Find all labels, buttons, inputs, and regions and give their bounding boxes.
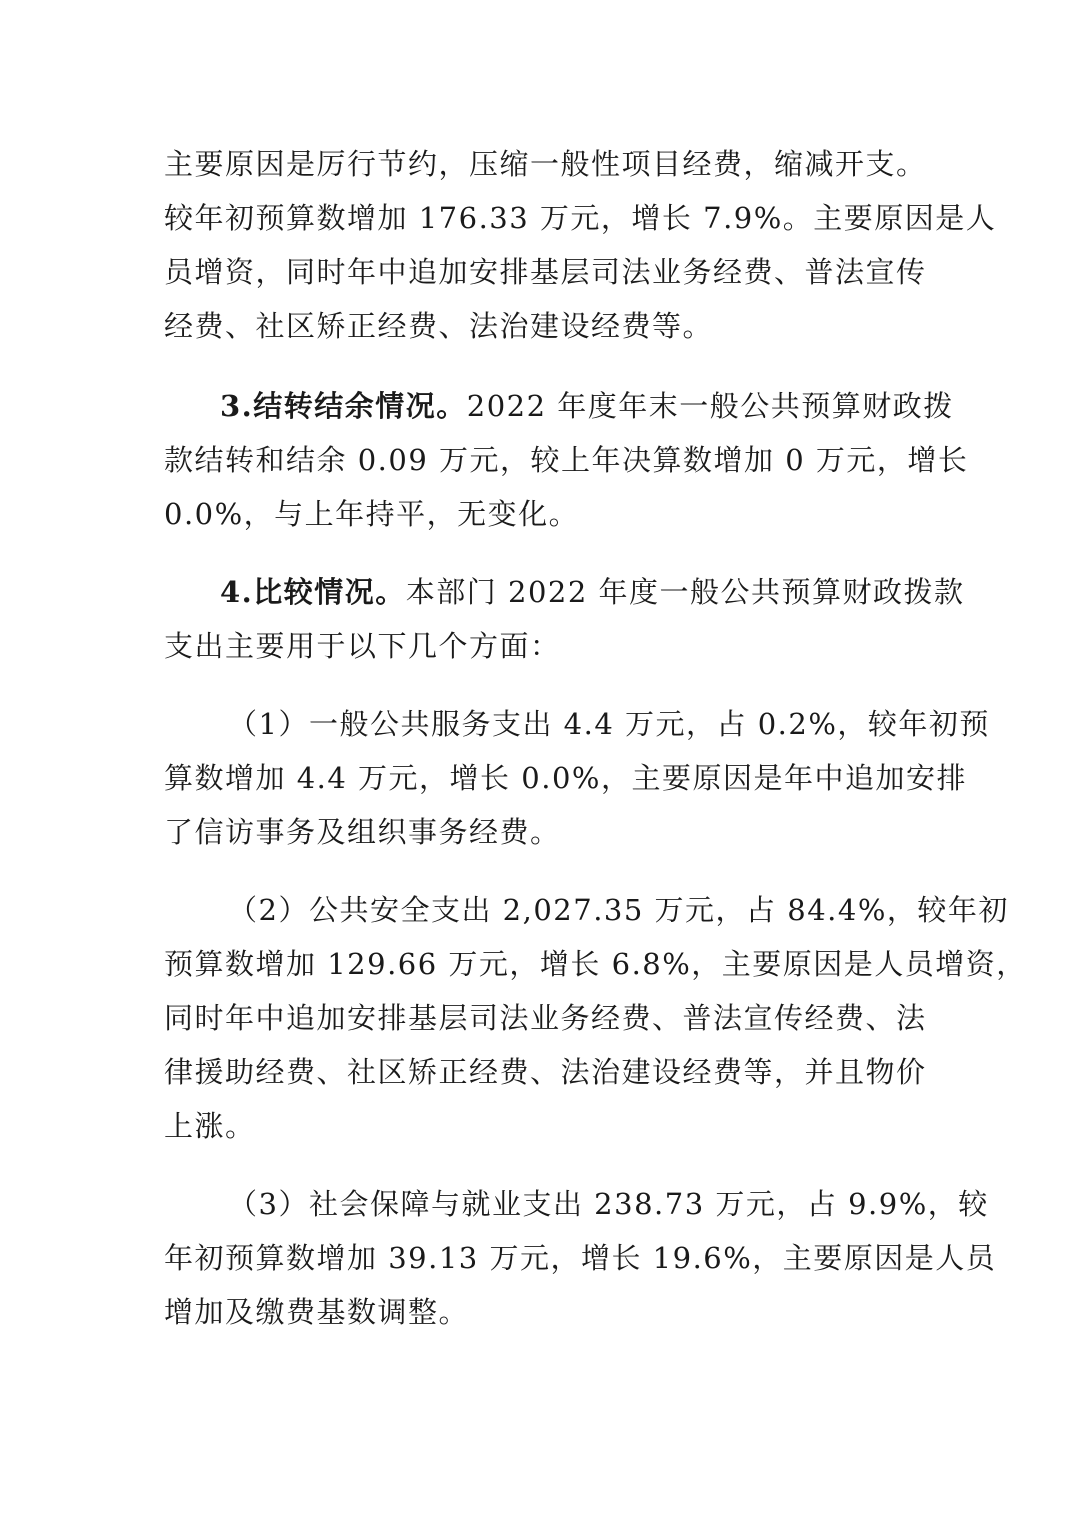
section-text: 本部门 2022 年度一般公共预算财政拨款	[406, 575, 965, 609]
text-line: 3.结转结余情况。2022 年度年末一般公共预算财政拨	[220, 388, 954, 424]
text-line: 了信访事务及组织事务经费。	[164, 814, 561, 850]
text-line: 经费、社区矫正经费、法治建设经费等。	[164, 308, 713, 344]
text-line: （1）一般公共服务支出 4.4 万元，占 0.2%，较年初预	[228, 706, 990, 742]
text-line: 较年初预算数增加 176.33 万元，增长 7.9%。主要原因是人	[164, 200, 996, 236]
text-line: 律援助经费、社区矫正经费、法治建设经费等，并且物价	[164, 1054, 927, 1090]
text-line: 年初预算数增加 39.13 万元，增长 19.6%，主要原因是人员	[164, 1240, 996, 1276]
section-text: 2022 年度年末一般公共预算财政拨	[467, 389, 954, 423]
text-line: 主要原因是厉行节约，压缩一般性项目经费，缩减开支。	[164, 146, 927, 182]
text-line: （2）公共安全支出 2,027.35 万元，占 84.4%，较年初	[228, 892, 1009, 928]
text-line: 0.0%，与上年持平，无变化。	[164, 496, 579, 532]
text-line: 支出主要用于以下几个方面：	[164, 628, 561, 664]
section-heading: 3.结转结余情况。	[220, 389, 467, 423]
text-line: 算数增加 4.4 万元，增长 0.0%，主要原因是年中追加安排	[164, 760, 967, 796]
text-line: 增加及缴费基数调整。	[164, 1294, 469, 1330]
text-line: （3）社会保障与就业支出 238.73 万元，占 9.9%，较	[228, 1186, 989, 1222]
text-line: 员增资，同时年中追加安排基层司法业务经费、普法宣传	[164, 254, 927, 290]
text-line: 上涨。	[164, 1108, 256, 1144]
text-line: 同时年中追加安排基层司法业务经费、普法宣传经费、法	[164, 1000, 927, 1036]
text-line: 4.比较情况。本部门 2022 年度一般公共预算财政拨款	[220, 574, 965, 610]
document-page: 主要原因是厉行节约，压缩一般性项目经费，缩减开支。 较年初预算数增加 176.3…	[0, 0, 1074, 1520]
text-line: 预算数增加 129.66 万元，增长 6.8%，主要原因是人员增资，	[164, 946, 1027, 982]
section-heading: 4.比较情况。	[220, 575, 406, 609]
text-line: 款结转和结余 0.09 万元，较上年决算数增加 0 万元，增长	[164, 442, 968, 478]
